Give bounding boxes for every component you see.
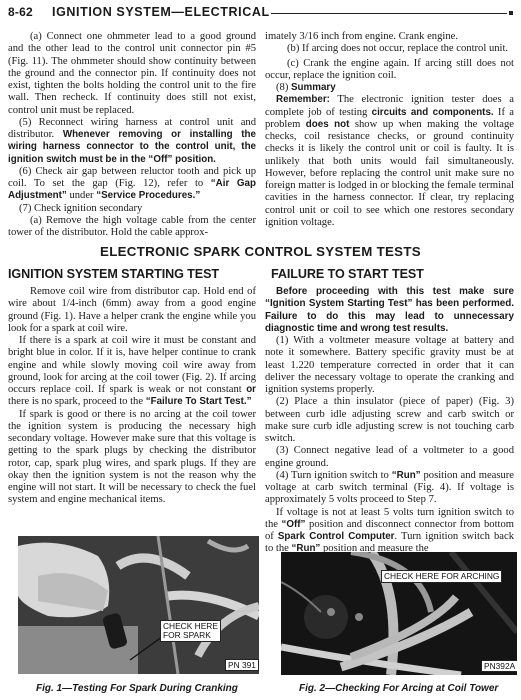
header-marker [509, 11, 513, 15]
callout-check-here-for-spark: CHECK HERE FOR SPARK [160, 620, 221, 642]
part-number: PN392A [481, 660, 517, 672]
paragraph: If there is a spark at coil wire it must… [8, 335, 256, 409]
paragraph: (2) Place a thin insulator (piece of pap… [265, 396, 514, 445]
bold-text: or [246, 384, 256, 395]
paragraph: Remember: The electronic ignition tester… [265, 94, 514, 229]
bold-text: Remember: [276, 94, 330, 105]
bold-text: “Service Procedures.” [96, 190, 200, 201]
bold-text: “Failure To Start Test.” [146, 396, 252, 407]
paragraph: (a) Connect one ohmmeter lead to a good … [8, 31, 256, 117]
bold-text: does not [306, 119, 350, 130]
text: (4) Turn ignition switch to [276, 470, 392, 481]
callout-check-here-for-arching: CHECK HERE FOR ARCHING [381, 570, 502, 583]
page-header: 8-62 IGNITION SYSTEM—ELECTRICAL [8, 4, 513, 20]
bold-text: “Off” [282, 519, 306, 530]
paragraph: (b) If arcing does not occur, replace th… [265, 43, 514, 55]
left-section-column: Remove coil wire from distributor cap. H… [8, 286, 256, 507]
text: show up when making the voltage checks, … [265, 119, 514, 228]
bold-text: circuits and components. [372, 107, 494, 118]
header-rule [271, 13, 507, 14]
paragraph: (a) Remove the high voltage cable from t… [8, 215, 256, 240]
paragraph: (4) Turn ignition switch to “Run” positi… [265, 470, 514, 507]
top-right-column: imately 3/16 inch from engine. Crank eng… [265, 31, 514, 229]
paragraph: (3) Connect negative lead of a voltmeter… [265, 445, 514, 470]
top-left-column: (a) Connect one ohmmeter lead to a good … [8, 31, 256, 239]
text: (8) [276, 82, 291, 93]
engine-photo-illustration [18, 536, 259, 674]
warning-paragraph: Before proceeding with this test make su… [265, 286, 514, 335]
paragraph: imately 3/16 inch from engine. Crank eng… [265, 31, 514, 43]
paragraph: Remove coil wire from distributor cap. H… [8, 286, 256, 335]
figure-1-photo: CHECK HERE FOR SPARK PN 391 [18, 536, 259, 674]
bold-text: “Run” [392, 470, 421, 481]
subsection-heading-right: FAILURE TO START TEST [271, 267, 424, 281]
subsection-heading-left: IGNITION SYSTEM STARTING TEST [8, 267, 219, 281]
figure-2-photo: CHECK HERE FOR ARCHING PN392A [281, 552, 517, 675]
text: there is no spark, proceed to the [8, 396, 146, 407]
paragraph: (8) Summary [265, 82, 514, 94]
section-title: ELECTRONIC SPARK CONTROL SYSTEM TESTS [0, 244, 521, 259]
text: under [67, 190, 96, 201]
paragraph: If spark is good or there is no arcing a… [8, 409, 256, 507]
paragraph: (6) Check air gap between reluctor tooth… [8, 166, 256, 203]
paragraph: (5) Reconnect wiring harness at control … [8, 117, 256, 166]
page-number: 8-62 [8, 5, 52, 19]
paragraph: If voltage is not at least 5 volts turn … [265, 507, 514, 556]
bold-text: Summary [291, 82, 336, 93]
right-section-column: Before proceeding with this test make su… [265, 286, 514, 556]
part-number: PN 391 [225, 659, 259, 671]
text: If there is a spark at coil wire it must… [8, 335, 256, 395]
paragraph: (1) With a voltmeter measure voltage at … [265, 335, 514, 396]
figure-2-caption: Fig. 2—Checking For Arcing at Coil Tower [299, 683, 498, 694]
callout-line: FOR SPARK [163, 631, 218, 640]
paragraph: (c) Crank the engine again. If arcing st… [265, 58, 514, 83]
figure-1-caption: Fig. 1—Testing For Spark During Cranking [36, 683, 238, 694]
chapter-title: IGNITION SYSTEM—ELECTRICAL [52, 5, 270, 19]
paragraph: (7) Check ignition secondary [8, 203, 256, 215]
bold-text: Spark Control Computer [278, 531, 395, 542]
